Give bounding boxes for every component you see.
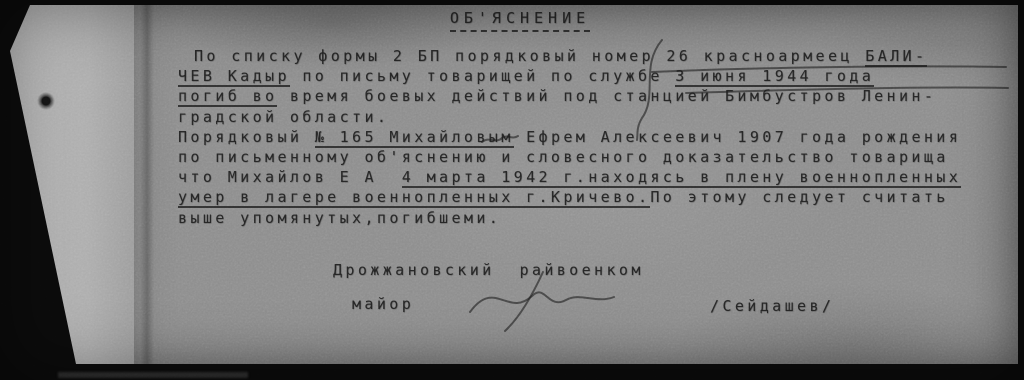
typed-text: по письму товарищей по службе: [290, 67, 675, 85]
document-line: по письменному об'яснению и словесного д…: [178, 147, 1018, 167]
underlined-text: 3 июня 1944 года: [675, 67, 874, 87]
underlined-text: БАЛИ-: [865, 47, 927, 67]
typed-text: По списку формы 2 БП порядковый номер 26…: [194, 47, 865, 65]
document-title: ОБ'ЯСНЕНИЕ: [450, 9, 590, 32]
underlined-text: ЧЕВ Кадыр: [178, 67, 290, 87]
punch-hole: [37, 92, 55, 110]
typed-text: что Михайлов Е А: [178, 168, 402, 186]
document-line: что Михайлов Е А 4 марта 1942 г.находясь…: [178, 167, 1018, 187]
signature-office: Дрожжановский райвоенком: [333, 261, 644, 279]
typed-text: Порядковый: [178, 128, 315, 146]
underlined-text: № 165 Михайловым: [315, 128, 514, 148]
underlined-text: 4 марта 1942 г.находясь в плену военнопл…: [402, 168, 961, 188]
typed-text: время боевых действий под станцией Бимбу…: [277, 87, 936, 105]
underlined-text: умер в лагере военнопленных г.Кричево.: [178, 188, 650, 208]
document-title-row: ОБ'ЯСНЕНИЕ: [360, 8, 680, 32]
document-line: Порядковый № 165 Михайловым Ефрем Алексе…: [178, 127, 1018, 147]
document-line: По списку формы 2 БП порядковый номер 26…: [178, 46, 1018, 66]
signature-rank: майор: [352, 295, 414, 313]
scanned-document: ОБ'ЯСНЕНИЕ По списку формы 2 БП порядков…: [0, 0, 1024, 380]
underlined-text: погиб во: [178, 87, 277, 107]
typed-text: по письменному об'яснению и словесного д…: [178, 148, 949, 166]
scan-artifact: [58, 372, 248, 378]
typed-text: градской области.: [178, 108, 389, 126]
signature-name: /Сейдашев/: [710, 297, 834, 315]
fold-shadow: [140, 5, 154, 364]
document-line: умер в лагере военнопленных г.Кричево.По…: [178, 187, 1018, 207]
typed-text: По этому следует считать: [650, 188, 948, 206]
document-line: градской области.: [178, 107, 1018, 127]
document-body: По списку формы 2 БП порядковый номер 26…: [178, 46, 1018, 228]
typed-text: Ефрем Алексеевич 1907 года рождения: [514, 128, 962, 146]
document-line: выше упомянутых,погибшеми.: [178, 208, 1018, 228]
typed-text: выше упомянутых,погибшеми.: [178, 209, 501, 227]
document-line: ЧЕВ Кадыр по письму товарищей по службе …: [178, 66, 1018, 86]
document-line: погиб во время боевых действий под станц…: [178, 86, 1018, 106]
